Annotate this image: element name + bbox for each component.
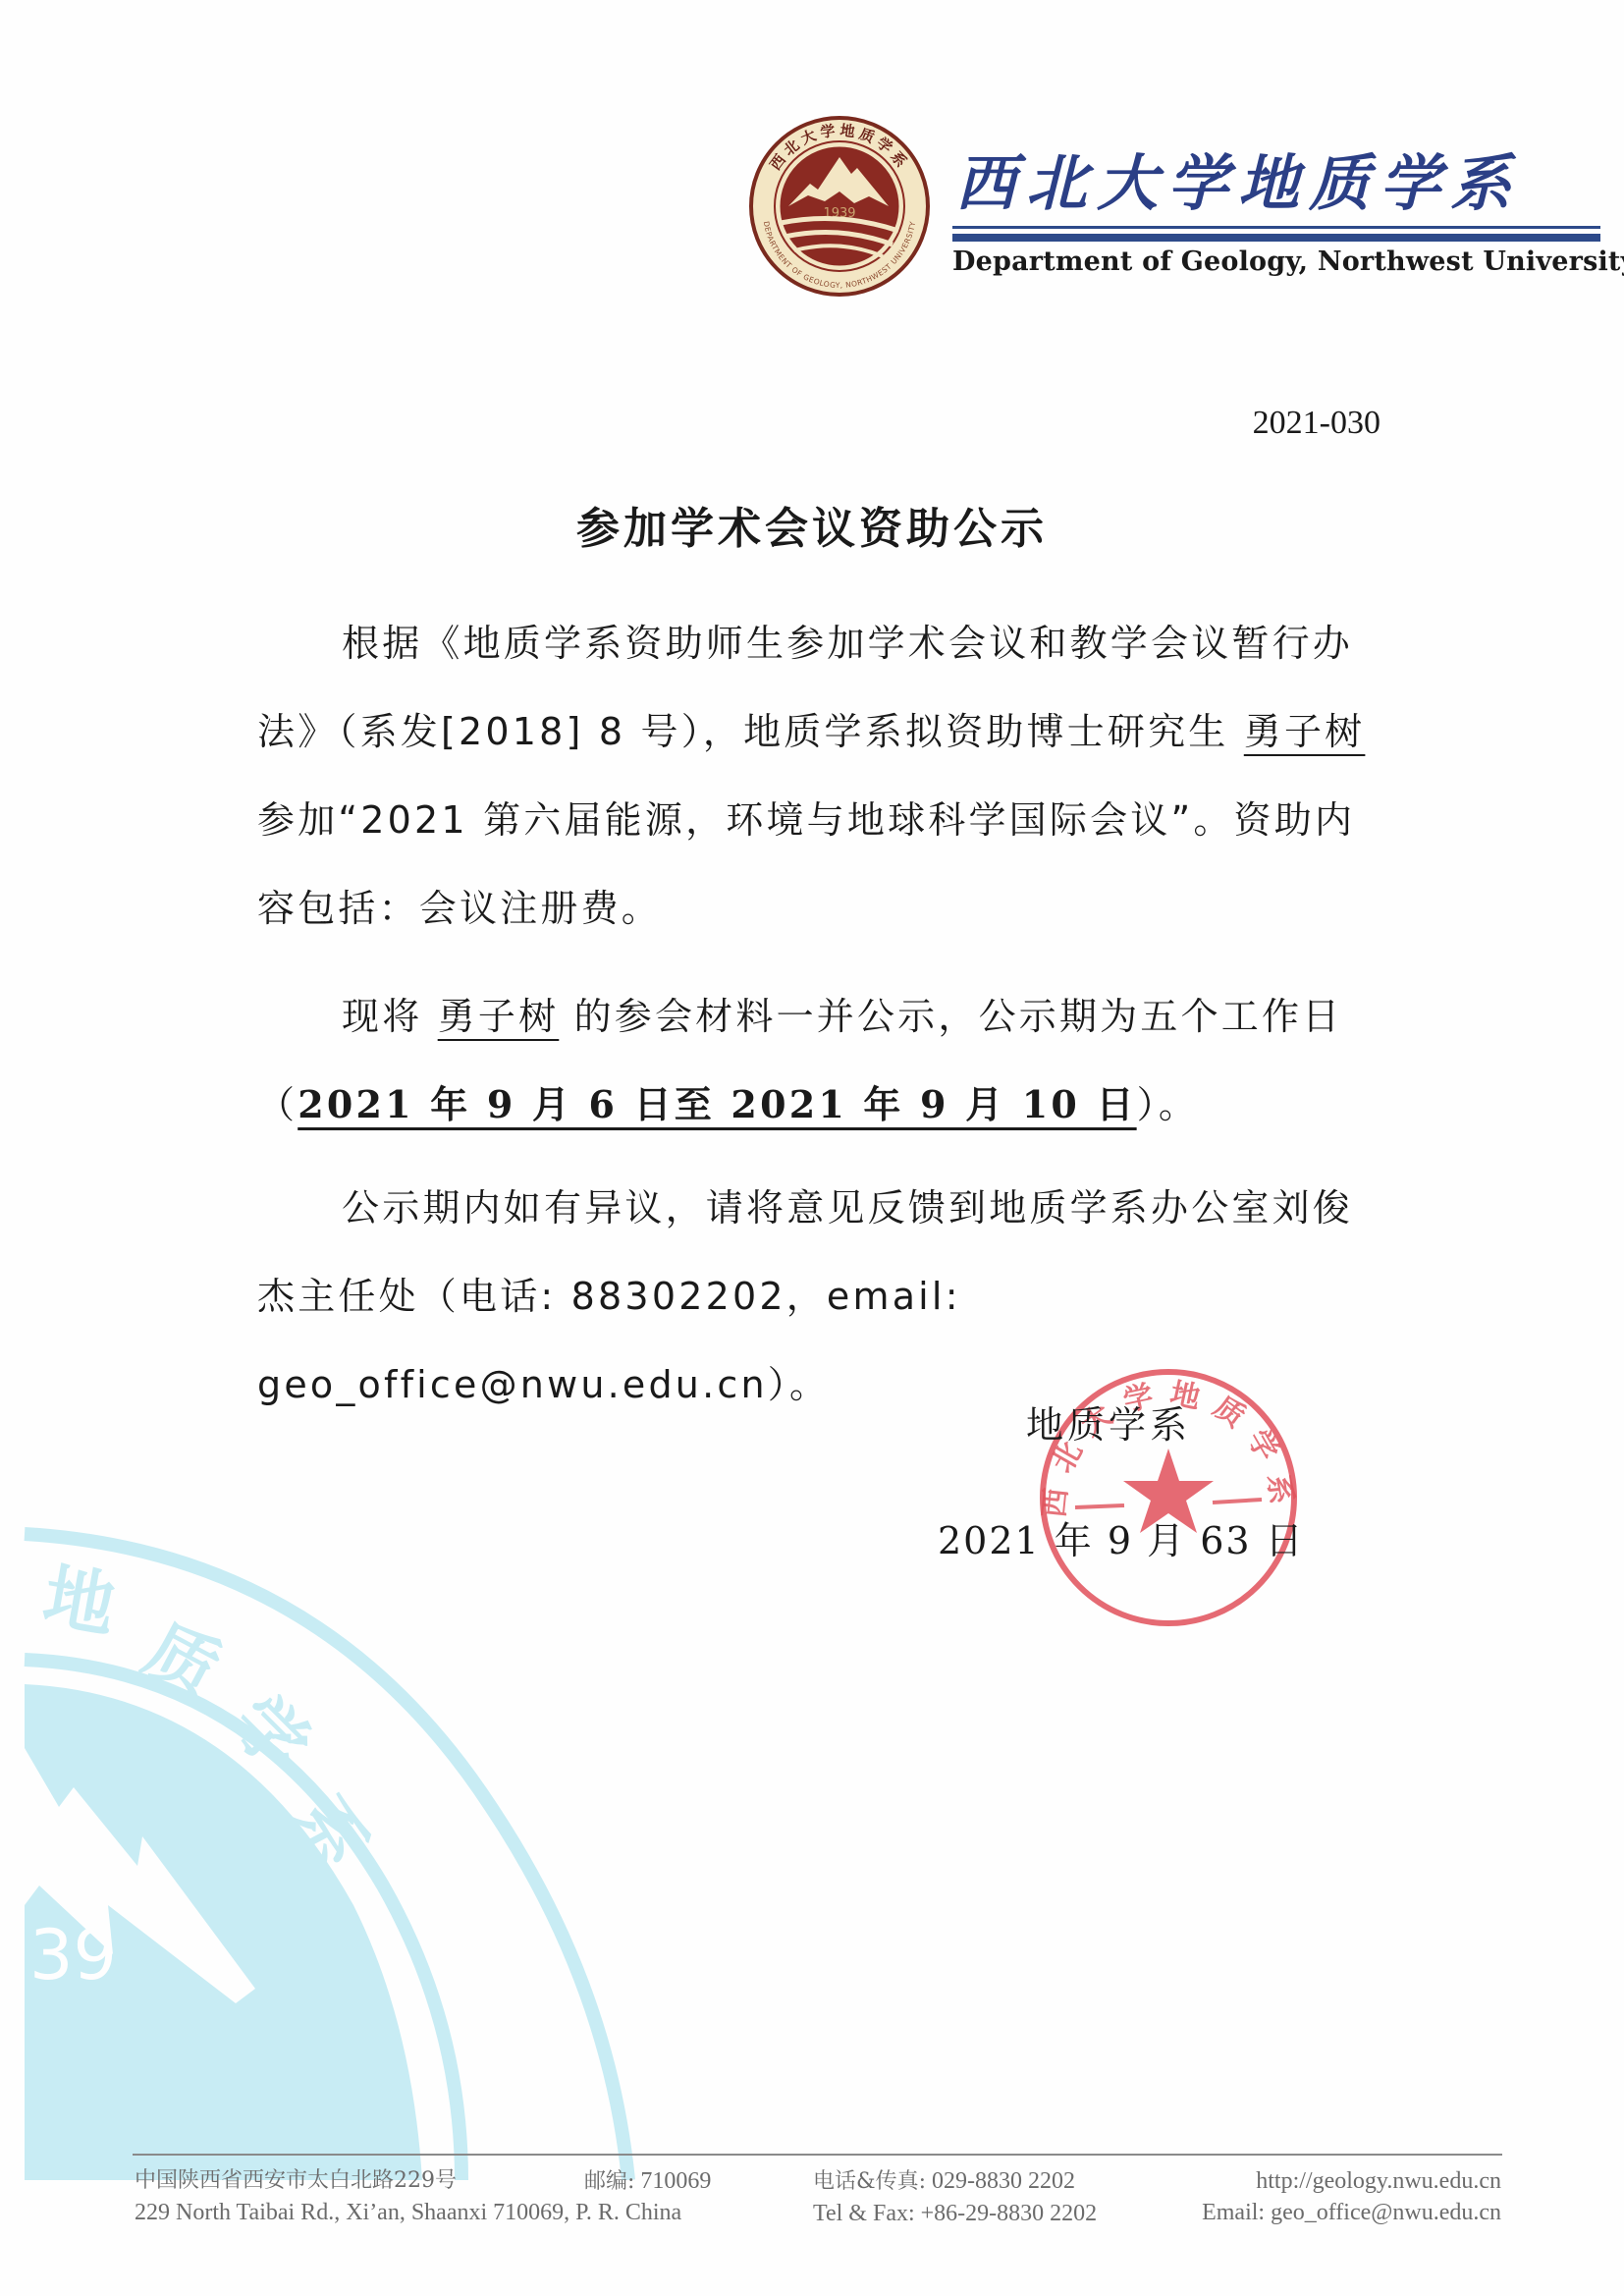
signature-date: 2021 年 9 月 63 日 [938, 1510, 1305, 1564]
tel-fax-label: 电话&传真: [813, 2169, 926, 2194]
header-rule-thin [952, 226, 1600, 229]
paragraph-objection-contact: 公示期内如有异议，请将意见反馈到地质学系办公室刘俊杰主任处（电话: 883022… [257, 1164, 1386, 1429]
paragraph2-text-a: 现将 [342, 995, 438, 1038]
document-number: 2021-030 [1253, 405, 1380, 442]
footer-address-en: 229 North Taibai Rd., Xi’an, Shaanxi 710… [135, 2197, 681, 2228]
svg-text:39: 39 [29, 1915, 117, 1995]
signature-organization: 地质学系 [1026, 1394, 1191, 1449]
svg-text:系: 系 [276, 1781, 382, 1883]
footer-postcode: 邮编: 710069 [584, 2165, 711, 2198]
watermark-seal-icon: 39 地 质 学 系 [0, 1493, 785, 2180]
postcode-value: 710069 [640, 2168, 711, 2194]
footer-address-cn: 中国陕西省西安市太白北路229号 [135, 2165, 457, 2197]
postcode-label: 邮编: [584, 2169, 634, 2194]
document-title: 参加学术会议资助公示 [0, 493, 1624, 556]
department-logo-icon: 1939 西北大学地质学系 DEPARTMENT OF GEOLOGY, NOR… [741, 113, 938, 300]
website-link[interactable]: http://geology.nwu.edu.cn [1202, 2165, 1501, 2197]
student-name: 勇子树 [438, 995, 560, 1038]
paragraph1-text-a: 根据《地质学系资助师生参加学术会议和教学会议暂行办法》（系发[2018] 8 号… [257, 622, 1353, 753]
paragraph-funding-basis: 根据《地质学系资助师生参加学术会议和教学会议暂行办法》（系发[2018] 8 号… [257, 599, 1386, 953]
footer-web-email: http://geology.nwu.edu.cn Email: geo_off… [1202, 2165, 1501, 2228]
footer-address: 中国陕西省西安市太白北路229号 [135, 2165, 457, 2197]
brand-name-chinese: 西北大学地质学系 [955, 135, 1521, 222]
student-name: 勇子树 [1244, 710, 1366, 753]
svg-text:学: 学 [217, 1680, 325, 1788]
tel-fax-value: 029-8830 2202 [932, 2168, 1075, 2194]
paragraph-publicity-period: 现将 勇子树 的参会材料一并公示，公示期为五个工作日（2021 年 9 月 6 … [257, 972, 1386, 1149]
paragraph3-text: 公示期内如有异议，请将意见反馈到地质学系办公室刘俊杰主任处（电话: 883022… [257, 1186, 1353, 1406]
publicity-period-dates: 2021 年 9 月 6 日至 2021 年 9 月 10 日 [298, 1082, 1136, 1126]
email-link[interactable]: Email: geo_office@nwu.edu.cn [1202, 2197, 1501, 2228]
paragraph1-text-b: 参加“2021 第六届能源，环境与地球科学国际会议”。资助内容包括：会议注册费。 [257, 798, 1355, 930]
header-rule-thick [952, 234, 1600, 242]
brand-name-english: Department of Geology, Northwest Univers… [952, 246, 1624, 277]
svg-text:地: 地 [37, 1555, 122, 1648]
footer-divider [133, 2154, 1502, 2156]
footer-tel-fax: 电话&传真: 029-8830 2202 Tel & Fax: +86-29-8… [813, 2165, 1097, 2229]
tel-fax-en: Tel & Fax: +86-29-8830 2202 [813, 2198, 1097, 2229]
paragraph2-text-end: ）。 [1137, 1083, 1199, 1126]
letterhead: 1939 西北大学地质学系 DEPARTMENT OF GEOLOGY, NOR… [741, 113, 1605, 309]
svg-text:质: 质 [132, 1607, 233, 1713]
